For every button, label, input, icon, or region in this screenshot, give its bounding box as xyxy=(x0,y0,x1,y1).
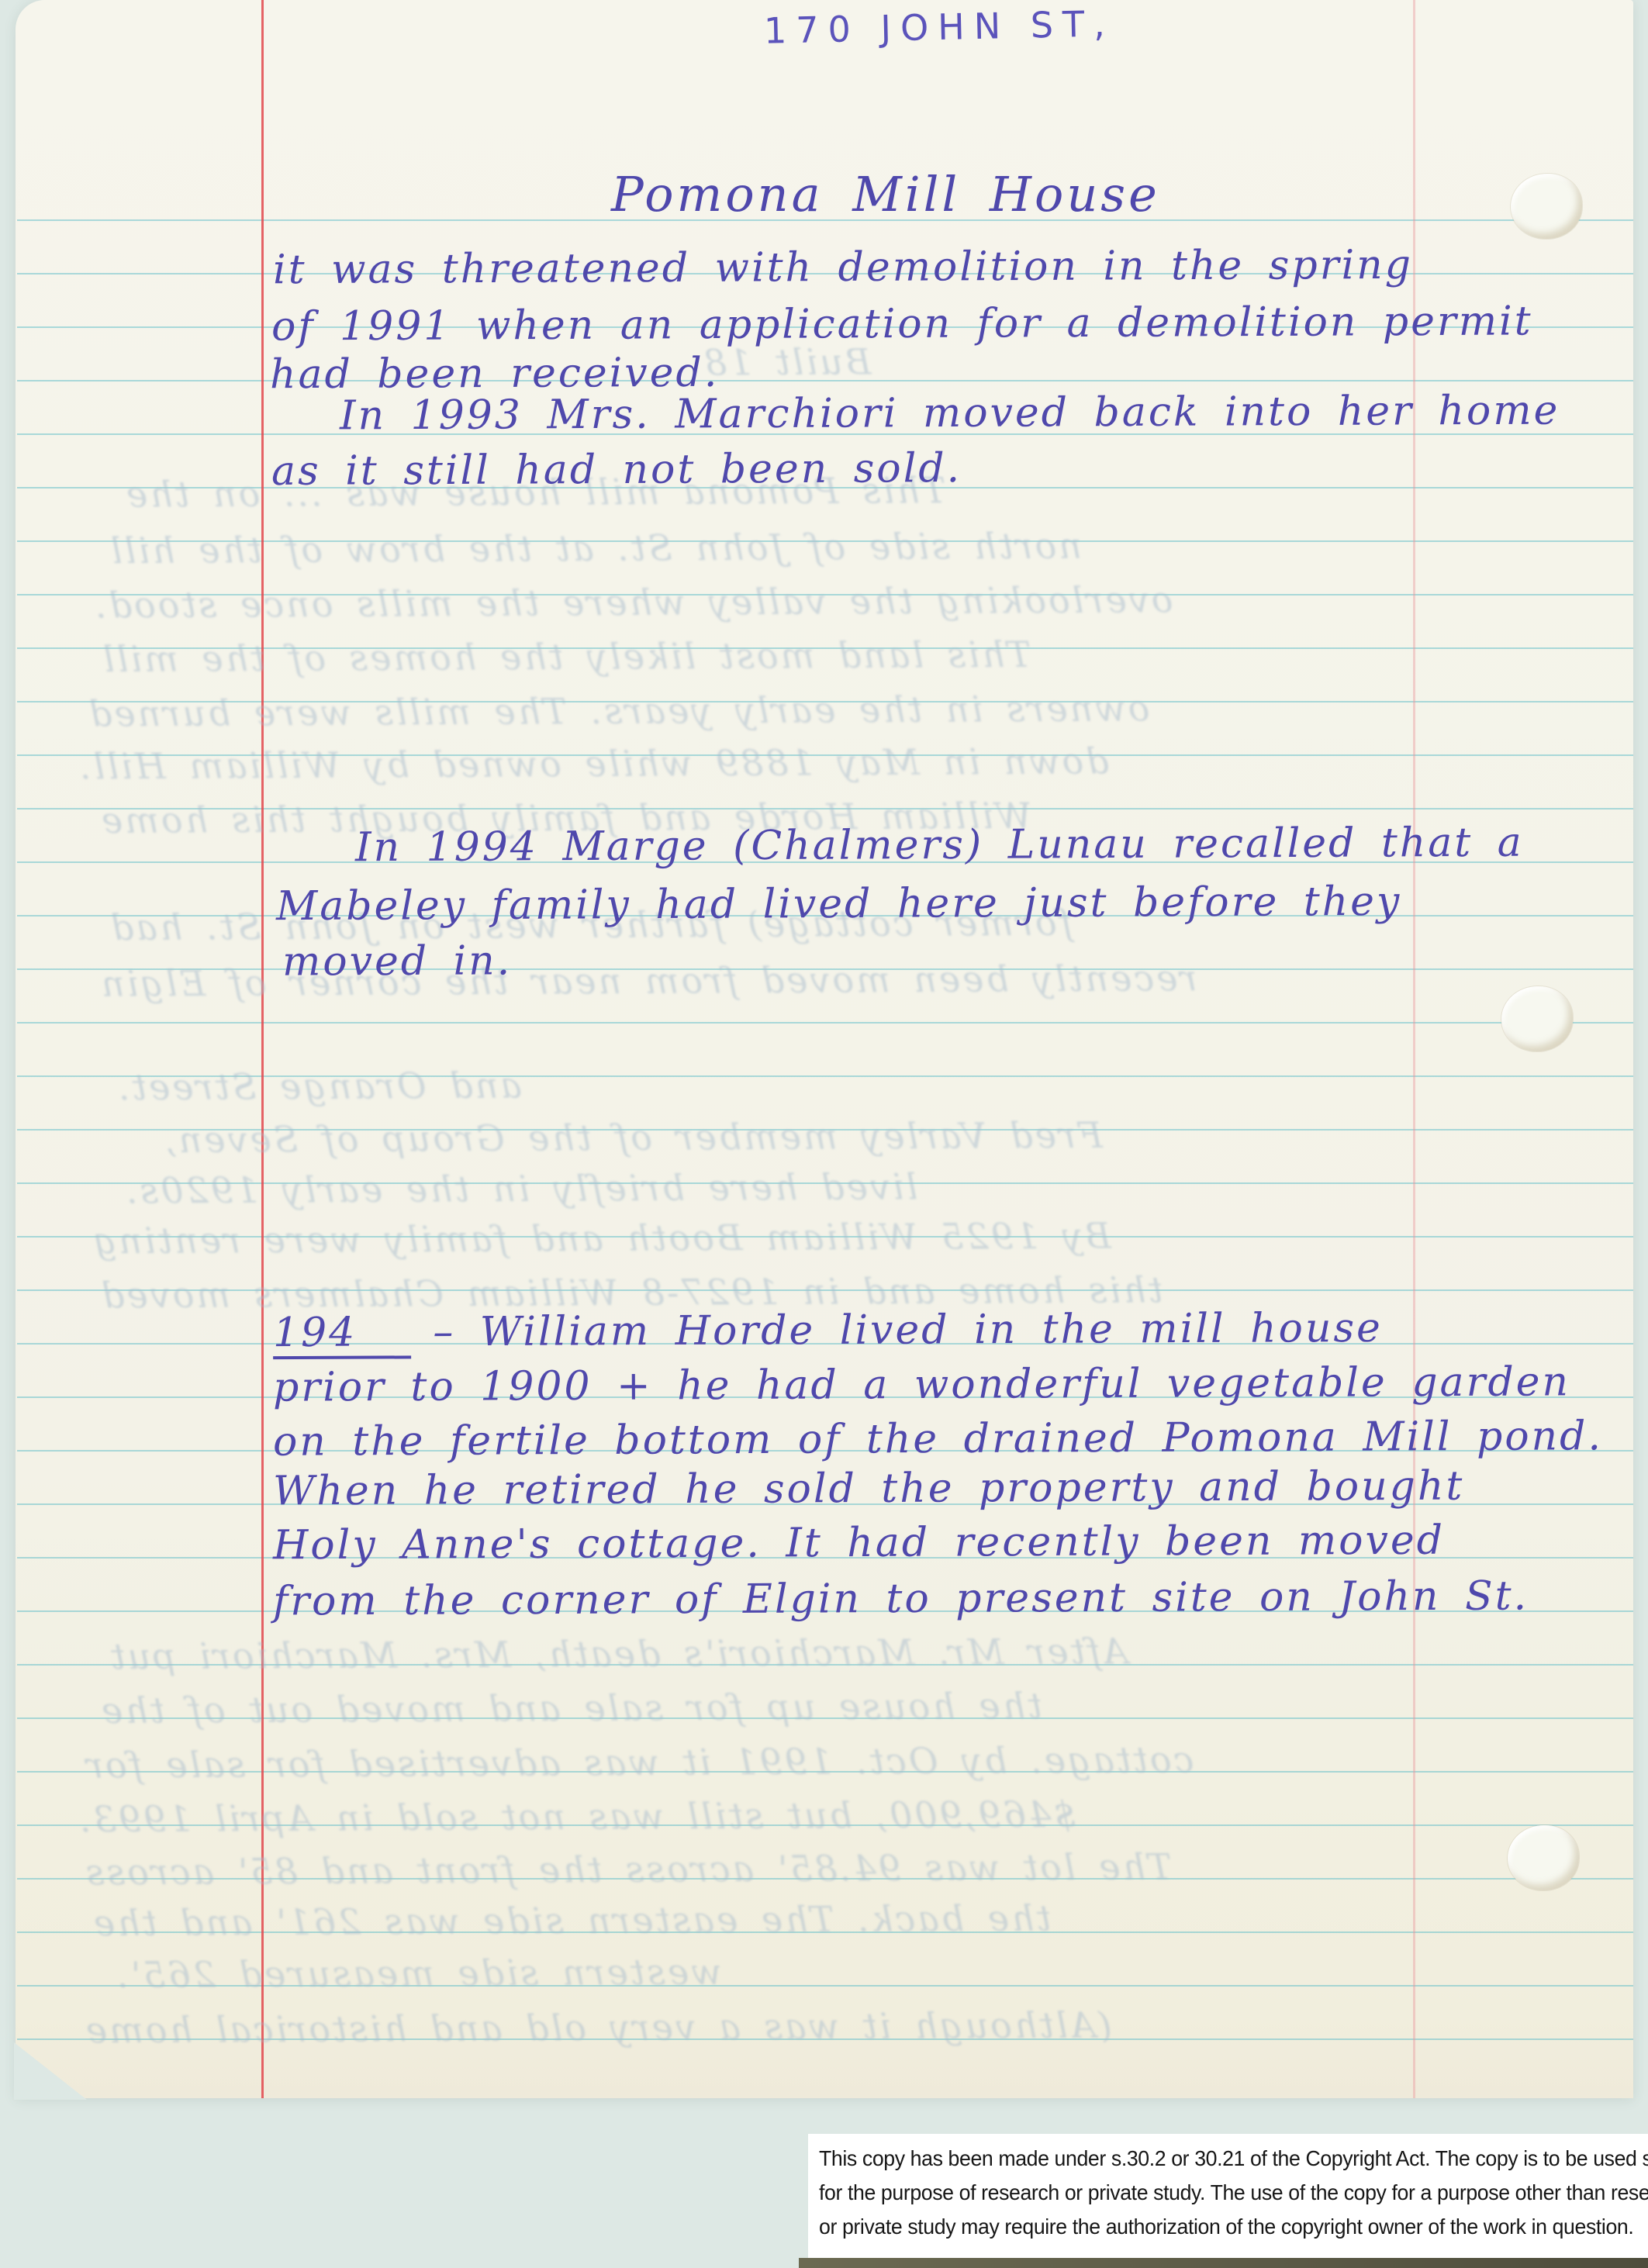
copyright-line: or private study may require the authori… xyxy=(819,2210,1619,2244)
handwriting-line: prior to 1900 + he had a wonderful veget… xyxy=(273,1358,1570,1410)
street-address: 170 JOHN ST, xyxy=(763,2,1114,51)
page-title: Pomona Mill House xyxy=(611,166,1160,223)
punched-hole xyxy=(1511,174,1582,239)
bleedthrough-line: (Although it was a very old and historic… xyxy=(84,2004,1112,2052)
bleedthrough-line: This land most likely the homes of the m… xyxy=(101,633,1031,680)
punched-hole xyxy=(1501,986,1573,1051)
scanned-page: Built 18This Pomona mill house was ... o… xyxy=(0,0,1648,2268)
bleedthrough-line: recently been moved from near the corner… xyxy=(99,957,1197,1004)
handwriting-line: from the corner of Elgin to present site… xyxy=(273,1572,1529,1624)
bleedthrough-line: By 1925 William Booth and family were re… xyxy=(92,1215,1111,1262)
handwriting-line: Mabeley family had lived here just befor… xyxy=(276,879,1402,930)
bleedthrough-line: the house up for sale and moved out of t… xyxy=(99,1685,1042,1731)
bleedthrough-line: down in May 1889 while owned by William … xyxy=(78,740,1109,788)
handwriting-line: moved in. xyxy=(282,937,512,985)
copyright-line: for the purpose of research or private s… xyxy=(819,2176,1619,2210)
handwriting-line: on the fertile bottom of the drained Pom… xyxy=(273,1413,1603,1465)
bleedthrough-line: owners in the early years. The mills wer… xyxy=(87,687,1150,734)
handwriting-line: Holy Anne's cottage. It had recently bee… xyxy=(273,1517,1445,1569)
bleedthrough-line: After Mr. Marchiori's death, Mrs. Marchi… xyxy=(109,1631,1128,1678)
bleedthrough-line: lived here briefly in the early 1920s. xyxy=(124,1165,918,1211)
handwriting-line: In 1993 Mrs. Marchiori moved back into h… xyxy=(340,388,1560,440)
underlined-year: 194 xyxy=(273,1309,412,1359)
bleedthrough-line: $469,900, but still was not sold in Apri… xyxy=(78,1793,1076,1841)
bleedthrough-line: the back. The eastern side was 261' and … xyxy=(92,1897,1051,1944)
handwriting-line: of 1991 when an application for a demoli… xyxy=(271,298,1533,350)
bleedthrough-line: Fred Varley member of the Group of Seven… xyxy=(163,1114,1103,1161)
handwriting-line: 194– William Horde lived in the mill hou… xyxy=(273,1305,1383,1359)
handwriting-line: When he retired he sold the property and… xyxy=(273,1463,1465,1515)
bleedthrough-line: western side measured 265'. xyxy=(115,1951,722,1996)
bleedthrough-line: and Orange Street. xyxy=(116,1065,522,1109)
punched-hole xyxy=(1508,1825,1579,1890)
copyright-line: This copy has been made under s.30.2 or … xyxy=(819,2142,1619,2176)
bleedthrough-line: cottage. by Oct. 1991 it was advertised … xyxy=(84,1738,1194,1786)
bleedthrough-line: north side of John St. at the brow of th… xyxy=(109,525,1082,572)
bleedthrough-line: The lot was 94.85' across the front and … xyxy=(84,1845,1172,1893)
copyright-notice: This copy has been made under s.30.2 or … xyxy=(808,2134,1648,2259)
handwriting-line: as it still had not been sold. xyxy=(271,445,962,495)
handwriting-line: it was threatened with demolition in the… xyxy=(273,242,1413,293)
bleedthrough-line: overlooking the valley where the mills o… xyxy=(93,578,1173,626)
handwriting-line: In 1994 Marge (Chalmers) Lunau recalled … xyxy=(355,820,1524,872)
scanner-edge-strip xyxy=(799,2258,1648,2268)
